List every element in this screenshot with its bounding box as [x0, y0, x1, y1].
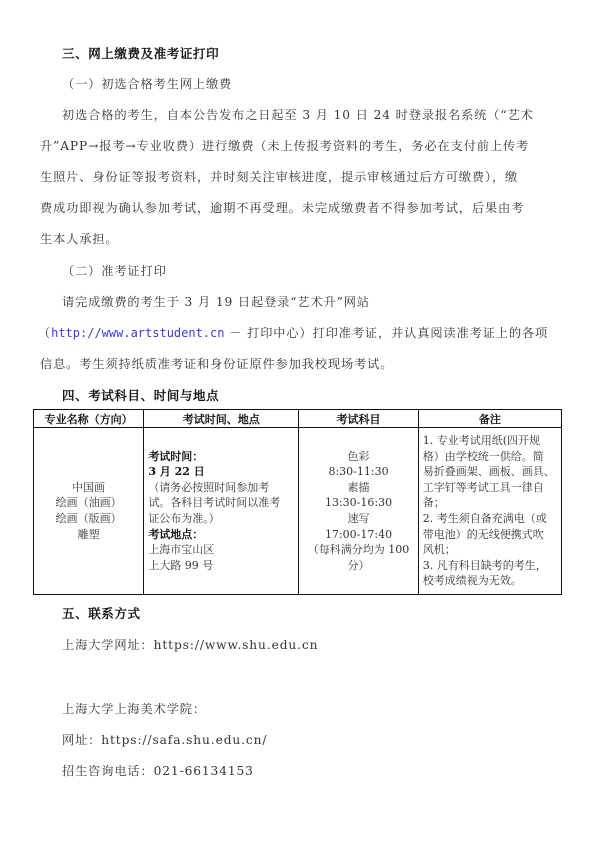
remark-line: 格）由学校统一供给。简 — [423, 449, 557, 465]
time-note-line: 证公布为准。） — [148, 511, 294, 527]
time-note-line: （请务必按照时间参加考 — [148, 480, 294, 496]
paragraph-line: 初选合格的考生，自本公告发布之日起至 3 月 10 日 24 时登录报名系统（“… — [62, 106, 534, 123]
section-3-title: 三、网上缴费及准考证打印 — [62, 44, 219, 62]
time-label: 考试时间： — [148, 449, 294, 465]
place-line: 上大路 99 号 — [148, 558, 294, 574]
header-subjects: 考试科目 — [299, 410, 418, 428]
place-label: 考试地点： — [148, 527, 294, 543]
major-item: 绘画（油画） — [38, 495, 139, 511]
table-row: 中国画 绘画（油画） 绘画（版画） 雕塑 考试时间： 3 月 22 日 （请务必… — [34, 428, 562, 595]
place-line: 上海市宝山区 — [148, 542, 294, 558]
subject-name: 素描 — [303, 480, 413, 496]
remark-line: 备； — [423, 495, 557, 511]
exam-schedule-table: 专业名称（方向） 考试时间、地点 考试科目 备注 中国画 绘画（油画） 绘画（版… — [33, 409, 562, 595]
remarks-cell: 1. 专业考试用纸(四开规 格）由学校统一供给。简 易折叠画架、画板、画具、 工… — [418, 428, 561, 595]
score-note: （每科满分均为 100 — [303, 542, 413, 558]
remark-line: 校考成绩视为无效。 — [423, 573, 557, 589]
safa-name: 上海大学上海美术学院： — [62, 700, 206, 717]
table-header-row: 专业名称（方向） 考试时间、地点 考试科目 备注 — [34, 410, 562, 428]
safa-website: 网址：https://safa.shu.edu.cn/ — [62, 731, 267, 748]
remark-line: 带电池）的无线便携式吹 — [423, 527, 557, 543]
major-item: 中国画 — [38, 480, 139, 496]
section-5-title: 五、联系方式 — [62, 604, 141, 622]
remark-line: 2. 考生须自备充满电（或 — [423, 511, 557, 527]
subject-time: 17:00-17:40 — [303, 527, 413, 543]
paragraph-line: 生本人承担。 — [40, 230, 119, 247]
subject-time: 8:30-11:30 — [303, 464, 413, 480]
paragraph-line: 信息。考生须持纸质准考证和身份证原件参加我校现场考试。 — [40, 355, 393, 372]
time-note-line: 试。各科目考试时间以准考 — [148, 495, 294, 511]
paragraph-line: 费成功即视为确认参加考试，逾期不再受理。未完成缴费者不得参加考试，后果由考 — [40, 199, 524, 216]
print-center-text: － 打印中心）打印准考证，并认真阅读准考证上的各项 — [224, 326, 548, 340]
paren-open: （ — [38, 326, 51, 340]
subsection-2-title: （二）准考证打印 — [62, 262, 167, 279]
paragraph-line: （http://www.artstudent.cn － 打印中心）打印准考证，并… — [38, 324, 548, 341]
paragraph-line: 升”APP→报考→专业收费）进行缴费（未上传报考资料的考生，务必在支付前上传考 — [40, 137, 529, 154]
subsection-1-title: （一）初选合格考生网上缴费 — [62, 75, 232, 92]
major-item: 绘画（版画） — [38, 511, 139, 527]
score-note: 分） — [303, 558, 413, 574]
remark-line: 风机； — [423, 542, 557, 558]
shu-website: 上海大学网址：https://www.shu.edu.cn — [62, 636, 318, 653]
header-remarks: 备注 — [418, 410, 561, 428]
time-place-cell: 考试时间： 3 月 22 日 （请务必按照时间参加考 试。各科目考试时间以准考 … — [144, 428, 299, 595]
major-item: 雕塑 — [38, 527, 139, 543]
subject-name: 色彩 — [303, 449, 413, 465]
remark-line: 3. 凡有科目缺考的考生， — [423, 558, 557, 574]
header-time-place: 考试时间、地点 — [144, 410, 299, 428]
time-value: 3 月 22 日 — [148, 464, 294, 480]
remark-line: 1. 专业考试用纸(四开规 — [423, 433, 557, 449]
remark-line: 易折叠画架、画板、画具、 — [423, 464, 557, 480]
paragraph-line: 生照片、身份证等报考资料，并时刻关注审核进度，提示审核通过后方可缴费），缴 — [40, 168, 518, 185]
admission-phone: 招生咨询电话：021-66134153 — [62, 762, 254, 779]
subject-name: 速写 — [303, 511, 413, 527]
majors-cell: 中国画 绘画（油画） 绘画（版画） 雕塑 — [34, 428, 144, 595]
artstudent-link[interactable]: http://www.artstudent.cn — [51, 326, 224, 340]
remark-line: 工字钉等考试工具一律自 — [423, 480, 557, 496]
section-4-title: 四、考试科目、时间与地点 — [62, 386, 219, 404]
paragraph-line: 请完成缴费的考生于 3 月 19 日起登录“艺术升”网站 — [62, 293, 370, 310]
subjects-cell: 色彩 8:30-11:30 素描 13:30-16:30 速写 17:00-17… — [299, 428, 418, 595]
header-major: 专业名称（方向） — [34, 410, 144, 428]
subject-time: 13:30-16:30 — [303, 495, 413, 511]
